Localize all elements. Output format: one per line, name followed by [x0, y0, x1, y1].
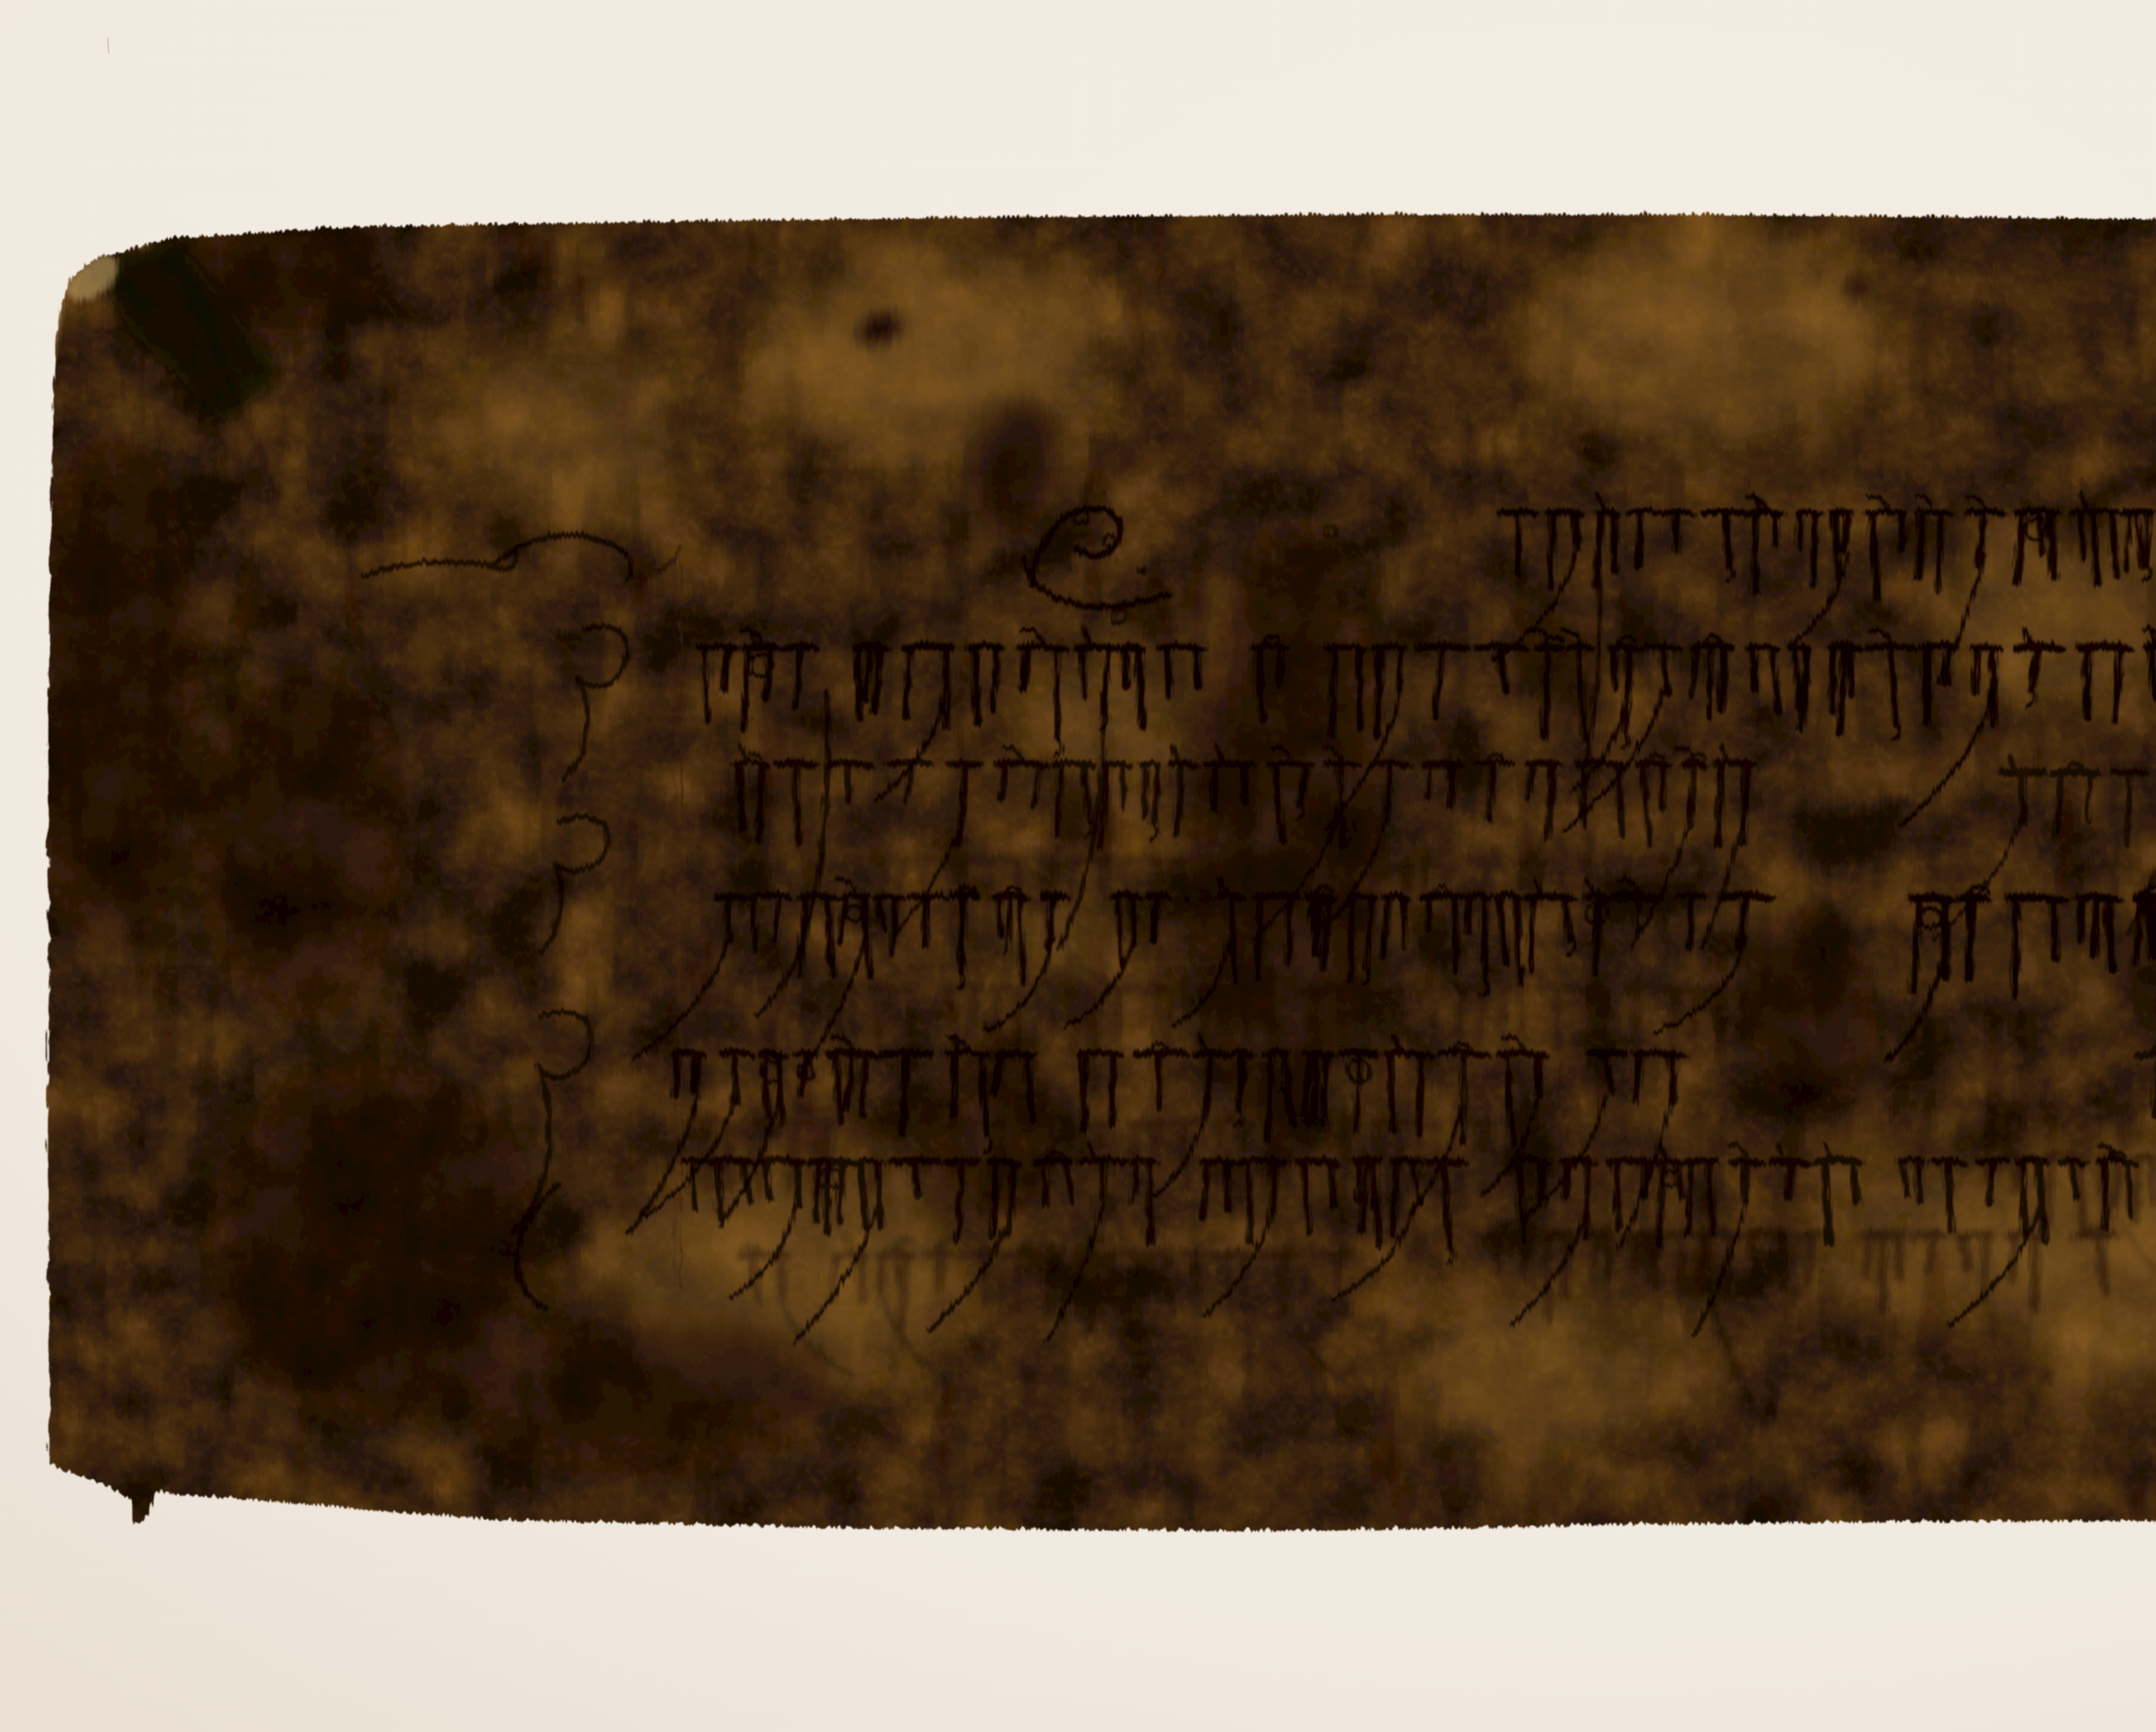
manuscript-folio — [19, 173, 2156, 1553]
bright-patch — [1397, 1290, 1682, 1453]
ink-stain — [190, 660, 414, 1022]
flourish-dot — [1137, 565, 1144, 572]
bright-patch — [1526, 229, 1889, 436]
margin-rule-line — [679, 541, 680, 1287]
bright-patch — [444, 332, 703, 522]
bright-patch — [746, 250, 1117, 466]
paper-surface — [19, 173, 2156, 1553]
flourish-dot — [1365, 542, 1370, 547]
dust-speck — [108, 38, 109, 53]
photo-stage — [0, 0, 2156, 1732]
manuscript-photo — [0, 0, 2156, 1732]
